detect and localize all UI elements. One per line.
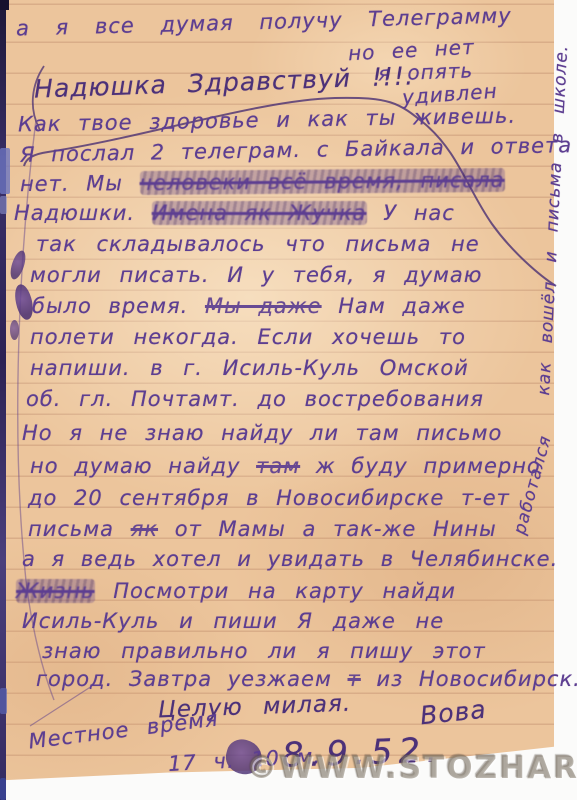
scan-corner-artifact: [0, 0, 9, 10]
scan-edge-strip: [0, 0, 6, 800]
letter-text: Посмотри на карту найди: [113, 579, 456, 603]
letter-text: нет. Мы: [20, 171, 123, 196]
letter-text: ж буду примерно: [316, 454, 541, 478]
letter-line: было время. Мы даже Нам даже: [32, 296, 466, 317]
crossed-out-text: як: [131, 517, 158, 541]
letter-line: но думаю найду там ж буду примерно: [30, 456, 541, 477]
letter-line: Но я не знаю найду ли там письмо: [22, 423, 502, 444]
crossed-out-text: Жизнь: [16, 579, 95, 603]
letter-line: напиши. в г. Исиль-Куль Омской: [30, 358, 469, 379]
letter-line: Исиль-Куль и пиши Я даже не: [22, 611, 444, 632]
edge-patch: [0, 688, 7, 714]
letter-line: об. гл. Почтамт. до востребования: [26, 389, 484, 410]
letter-text: Надюшки.: [14, 201, 135, 225]
letter-line: могли писать. И у тебя, я думаю: [30, 265, 482, 286]
letter-line: нет. Мы человеки всё время, писала: [20, 170, 505, 195]
edge-patch: [0, 148, 10, 194]
crossed-out-text: Имена як Жучка: [152, 201, 367, 225]
letter-line: Надюшки. Имена як Жучка У нас: [14, 203, 455, 224]
letter-line: Жизнь Посмотри на карту найди: [16, 581, 456, 602]
letter-line: письма як от Мамы а так-же Нины: [28, 519, 497, 540]
letter-line: полети некогда. Если хочешь то: [30, 327, 466, 348]
crossed-out-text: там: [256, 454, 300, 478]
signature: Вова: [419, 697, 488, 729]
letter-text: У нас: [383, 201, 455, 225]
edge-patch: [0, 196, 7, 214]
letter-line: так складывалось что письма не: [36, 234, 480, 255]
letter-text: было время.: [32, 294, 188, 318]
letter-text: от Мамы а так-же Нины: [175, 517, 497, 541]
letter-text: Нам даже: [338, 294, 465, 318]
ink-blot: [10, 320, 19, 340]
letter-line: город. Завтра уезжаем т из Новосибирск.: [36, 669, 577, 690]
letter-text: но думаю найду: [30, 454, 240, 478]
crossed-out-text: т: [348, 667, 361, 691]
crossed-out-text: Мы даже: [205, 294, 322, 318]
site-watermark: ©WWW.STOZHAROV.RU: [246, 750, 577, 786]
edge-patch: [0, 778, 6, 800]
letter-line: знаю правильно ли я пишу этот: [42, 641, 486, 662]
letter-text: из Новосибирск.: [376, 667, 577, 691]
letter-text: город. Завтра уезжаем: [36, 667, 332, 691]
scanned-letter: а я все думая получу Телеграмму но ее не…: [0, 0, 577, 800]
letter-line: до 20 сентября в Новосибирске т-ет: [28, 488, 510, 509]
crossed-out-text: человеки всё время, писала: [140, 168, 505, 195]
letter-text: письма: [28, 517, 114, 541]
letter-line: а я ведь хотел и увидать в Челябинске.: [22, 549, 558, 570]
